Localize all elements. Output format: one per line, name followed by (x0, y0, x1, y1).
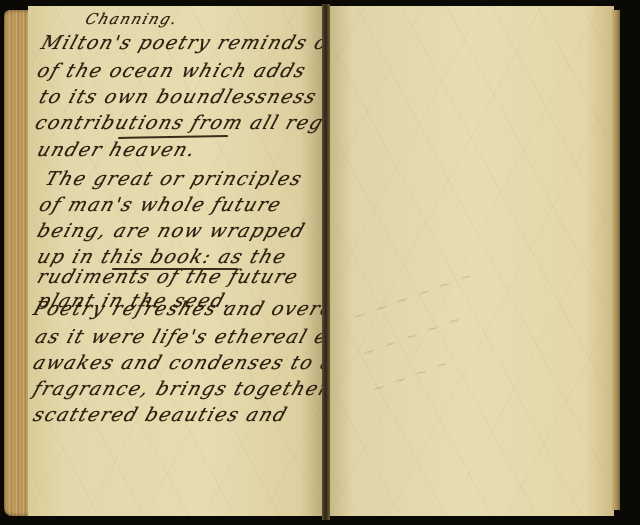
open-notebook: Channing. Milton's poetry reminds one of… (0, 0, 640, 525)
pencil-ghost-strokes (330, 6, 614, 516)
handwritten-line: contributions from all regions (32, 110, 324, 136)
handwritten-line: as it were life's ethereal essence (32, 324, 324, 350)
page-heading: Channing. (83, 10, 181, 28)
section-divider (112, 268, 238, 270)
handwritten-line: of man's whole future (36, 192, 286, 218)
handwritten-line: of the ocean which adds (34, 58, 310, 84)
left-page: Channing. Milton's poetry reminds one of… (28, 6, 324, 516)
handwritten-line: to its own boundlessness (36, 84, 321, 110)
handwritten-line: The great or principles (42, 166, 307, 192)
handwritten-line: being, are now wrapped (34, 218, 309, 244)
right-page-edge (612, 10, 620, 510)
handwritten-line: under heaven. (34, 137, 200, 163)
handwritten-line: scattered beauties and (30, 402, 292, 428)
handwritten-line: fragrance, brings together its (30, 376, 324, 402)
handwritten-line: Poetry refreshes and overcomes (30, 296, 324, 322)
right-page: ~ ~ ~ ~ ~ ~ ~ ~ ~ ~ ~ ~ ~ ~ ~ (330, 6, 614, 516)
handwritten-line: awakes and condenses to a subtle (30, 350, 324, 376)
book-gutter (322, 4, 330, 520)
handwritten-line: Milton's poetry reminds one (38, 30, 324, 56)
